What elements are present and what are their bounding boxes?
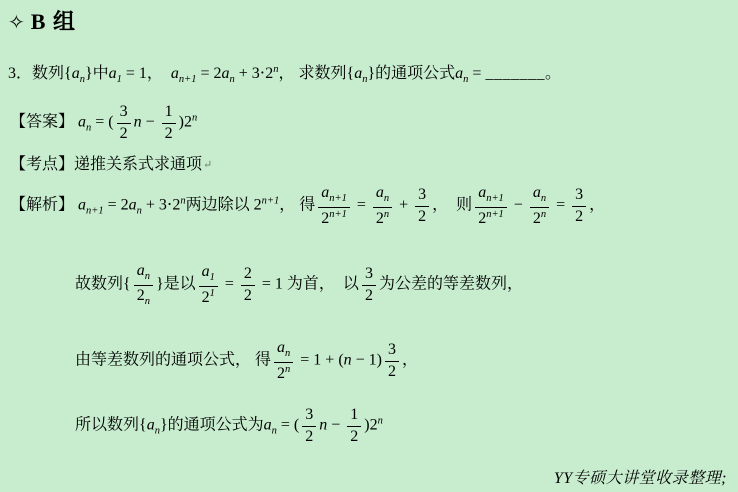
math-superscript: n+1 [486,209,504,220]
fraction-numerator: 1 [347,406,361,427]
text-run: 【考点】递推关系式求通项 [10,156,202,173]
math-fraction: 32 [415,186,429,226]
text-run: + 3⋅2 [235,65,274,82]
diamond-star-icon: ✧ [8,12,26,34]
analysis-step-4: 所以数列{an}的通项公式为an = (32n − 12)2n [75,406,383,446]
fraction-numerator: an [134,262,153,286]
math-variable: a [72,65,80,82]
text-run: − 1) [352,352,382,369]
text-run: 3 [388,341,396,358]
math-fraction: an2n [134,262,153,308]
math-variable: a [376,184,384,201]
text-run: )2 [179,114,192,131]
fraction-denominator: 2n [134,286,153,308]
document-page: { "page": { "background_color": "#c7ecce… [0,0,738,492]
text-run: 2 [388,363,396,380]
math-superscript: n+1 [262,196,280,207]
text-run: }的通项公式 [367,65,455,82]
text-run: = 1 为首， 以 [258,275,359,292]
math-variable: a [78,197,86,214]
fraction-denominator: 2n [530,208,549,228]
fraction-denominator: 2 [302,427,316,446]
fraction-denominator: 2 [347,427,361,446]
math-variable: a [455,65,463,82]
math-variable: a [129,197,137,214]
text-run: 。 [545,65,561,82]
text-run: 2 [350,428,358,445]
text-run: 两边除以 2 [186,197,262,214]
text-run: 2 [202,289,210,306]
math-subscript: n [145,271,150,282]
text-run: = [468,65,485,82]
text-run: 2 [305,428,313,445]
section-title: B 组 [31,9,76,34]
math-variable: n [344,352,352,369]
fraction-numerator: 3 [415,186,429,207]
text-run: = ( [277,417,299,434]
text-run: = 1， [122,65,171,82]
math-fraction: 32 [362,265,376,305]
text-run: − [510,197,527,214]
fraction-numerator: 3 [302,406,316,427]
math-fraction: an2n [530,184,549,228]
text-run: 【解析】 [10,197,78,214]
answer-blank: _______ [485,65,545,82]
fraction-denominator: 2 [415,207,429,226]
text-run: }是以 [156,275,196,292]
text-run: 2 [244,265,252,282]
text-run: 2 [120,125,128,142]
fraction-denominator: 2 [385,362,399,381]
math-subscript: n+1 [86,206,104,217]
math-superscript: n [192,113,197,124]
text-run: 故数列{ [75,275,131,292]
math-fraction: 12 [162,103,176,143]
math-fraction: an+12n+1 [318,184,350,228]
text-run: 2 [165,125,173,142]
math-subscript: n [285,348,290,359]
math-subscript: n [541,193,546,204]
math-fraction: 32 [117,103,131,143]
text-run: )2 [364,417,377,434]
fraction-numerator: 3 [385,341,399,362]
math-variable: a [222,65,230,82]
text-run: = [353,197,370,214]
text-run: 3 [418,186,426,203]
text-run: }的通项公式为 [160,417,264,434]
math-fraction: 32 [572,186,586,226]
math-fraction: an2n [373,184,392,228]
fraction-denominator: 2n+1 [475,208,507,228]
math-subscript: n+1 [179,74,197,85]
math-fraction: 32 [385,341,399,381]
analysis-step-2: 故数列{an2n}是以a121 = 22 = 1 为首， 以32为公差的等差数列… [75,262,523,308]
text-run: 【答案】 [10,114,78,131]
text-run: = 2 [197,65,222,82]
fraction-numerator: 1 [162,103,176,124]
math-fraction: an2n [274,339,293,383]
math-fraction: 32 [302,406,316,446]
text-run: 3．数列{ [8,65,72,82]
fraction-numerator: an [373,184,392,208]
math-subscript: n+1 [329,193,347,204]
answer-line: 【答案】 an = (32n − 12)2n [10,103,197,143]
fraction-denominator: 2 [362,286,376,305]
fraction-denominator: 2n [373,208,392,228]
fraction-numerator: a1 [199,263,218,287]
fraction-numerator: 3 [117,103,131,124]
text-run: }中 [85,65,109,82]
fraction-denominator: 2 [572,207,586,226]
text-run: 3 [575,186,583,203]
fraction-denominator: 21 [199,287,218,307]
math-subscript: n [384,193,389,204]
text-run: 3 [365,265,373,282]
math-superscript: n [541,209,546,220]
text-run: ， 求数列{ [279,65,355,82]
math-variable: a [202,263,210,280]
math-subscript: n+1 [486,193,504,204]
text-run: = 2 [104,197,129,214]
math-variable: a [137,262,145,279]
text-run: ， 得 [279,197,315,214]
text-run: − [327,417,344,434]
text-run: 为公差的等差数列， [379,275,523,292]
text-run: 2 [376,210,384,227]
fraction-denominator: 2 [241,286,255,305]
text-run: ， [589,197,605,214]
text-run: 由等差数列的通项公式， 得 [75,352,271,369]
text-run: = 1 + ( [296,352,343,369]
math-variable: a [533,184,541,201]
text-run: 2 [418,208,426,225]
math-fraction: a121 [199,263,218,307]
math-subscript: n [145,296,150,307]
text-run: 2 [533,210,541,227]
math-fraction: 22 [241,265,255,305]
text-run: = [552,197,569,214]
fraction-numerator: 3 [362,265,376,286]
text-run: + [395,197,412,214]
math-superscript: n [384,209,389,220]
math-variable: a [264,417,272,434]
math-superscript: n [285,364,290,375]
text-run: = [221,275,238,292]
text-run: 2 [137,287,145,304]
fraction-numerator: 2 [241,265,255,286]
text-run: 3 [120,103,128,120]
fraction-numerator: 3 [572,186,586,207]
math-superscript: n [378,416,383,427]
math-subscript: 1 [210,272,215,283]
text-run: = ( [91,114,113,131]
exam-point-line: 【考点】递推关系式求通项↵ [10,150,212,180]
fraction-numerator: an+1 [318,184,350,208]
fraction-denominator: 2n [274,363,293,383]
math-variable: a [78,114,86,131]
text-run: − [142,114,159,131]
question-line: 3．数列{an}中a1 = 1， an+1 = 2an + 3⋅2n， 求数列{… [8,55,561,95]
text-run: 2 [575,208,583,225]
text-run: + 3⋅2 [142,197,181,214]
math-variable: a [109,65,117,82]
fraction-denominator: 2n+1 [318,208,350,228]
text-run: 3 [305,406,313,423]
math-variable: a [171,65,179,82]
math-fraction: an+12n+1 [475,184,507,228]
math-variable: a [277,339,285,356]
fraction-numerator: an [274,339,293,363]
fraction-numerator: an+1 [475,184,507,208]
text-run: 2 [365,287,373,304]
text-run: 所以数列{ [75,417,147,434]
paragraph-mark: ↵ [203,159,212,171]
math-variable: n [134,114,142,131]
fraction-numerator: an [530,184,549,208]
section-heading: ✧B 组 [8,5,76,36]
analysis-step-3: 由等差数列的通项公式， 得an2n = 1 + (n − 1)32， [75,339,418,383]
math-superscript: 1 [210,288,215,299]
footer-credit: YY专硕大讲堂收录整理; [554,465,727,488]
text-run: 2 [277,365,285,382]
text-run: ， 则 [432,197,472,214]
text-run: ， [402,352,418,369]
text-run: 1 [165,103,173,120]
math-variable: a [478,184,486,201]
text-run: 1 [350,406,358,423]
math-fraction: 12 [347,406,361,446]
math-superscript: n+1 [329,209,347,220]
math-variable: a [147,417,155,434]
fraction-denominator: 2 [117,124,131,143]
analysis-line: 【解析】 an+1 = 2an + 3⋅2n两边除以 2n+1， 得an+12n… [10,184,605,228]
text-run: 2 [478,210,486,227]
text-run: 2 [244,287,252,304]
fraction-denominator: 2 [162,124,176,143]
